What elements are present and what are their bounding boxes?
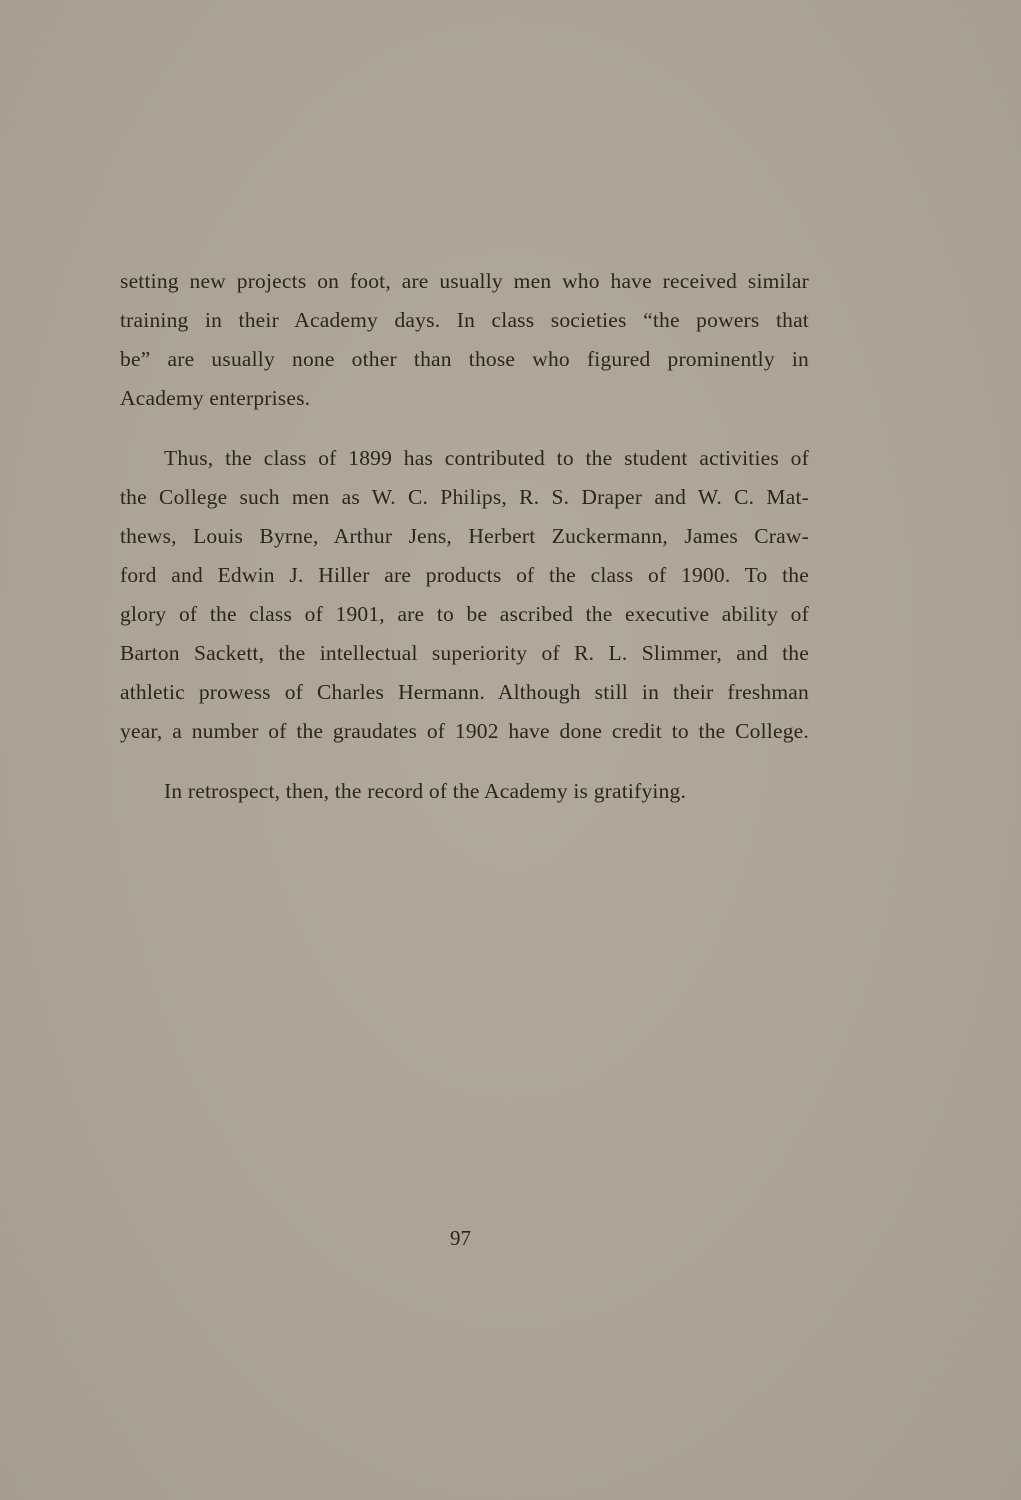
text-line: year, a number of the graudates of 1902 …	[120, 718, 809, 744]
text-line: setting new projects on foot, are usuall…	[120, 268, 809, 294]
page-number: 97	[0, 1226, 921, 1251]
text-line: glory of the class of 1901, are to be as…	[120, 601, 809, 627]
text-line: Academy enterprises.	[120, 385, 310, 411]
text-line: the College such men as W. C. Philips, R…	[120, 484, 809, 510]
text-line: be” are usually none other than those wh…	[120, 346, 809, 372]
text-line: thews, Louis Byrne, Arthur Jens, Herbert…	[120, 523, 809, 549]
document-page: setting new projects on foot, are usuall…	[0, 0, 1021, 1500]
text-line: Thus, the class of 1899 has contributed …	[164, 445, 809, 471]
text-line: Barton Sackett, the intellectual superio…	[120, 640, 809, 666]
text-line: athletic prowess of Charles Hermann. Alt…	[120, 679, 809, 705]
text-line: ford and Edwin J. Hiller are products of…	[120, 562, 809, 588]
text-line: In retrospect, then, the record of the A…	[164, 778, 686, 804]
text-line: training in their Academy days. In class…	[120, 307, 809, 333]
